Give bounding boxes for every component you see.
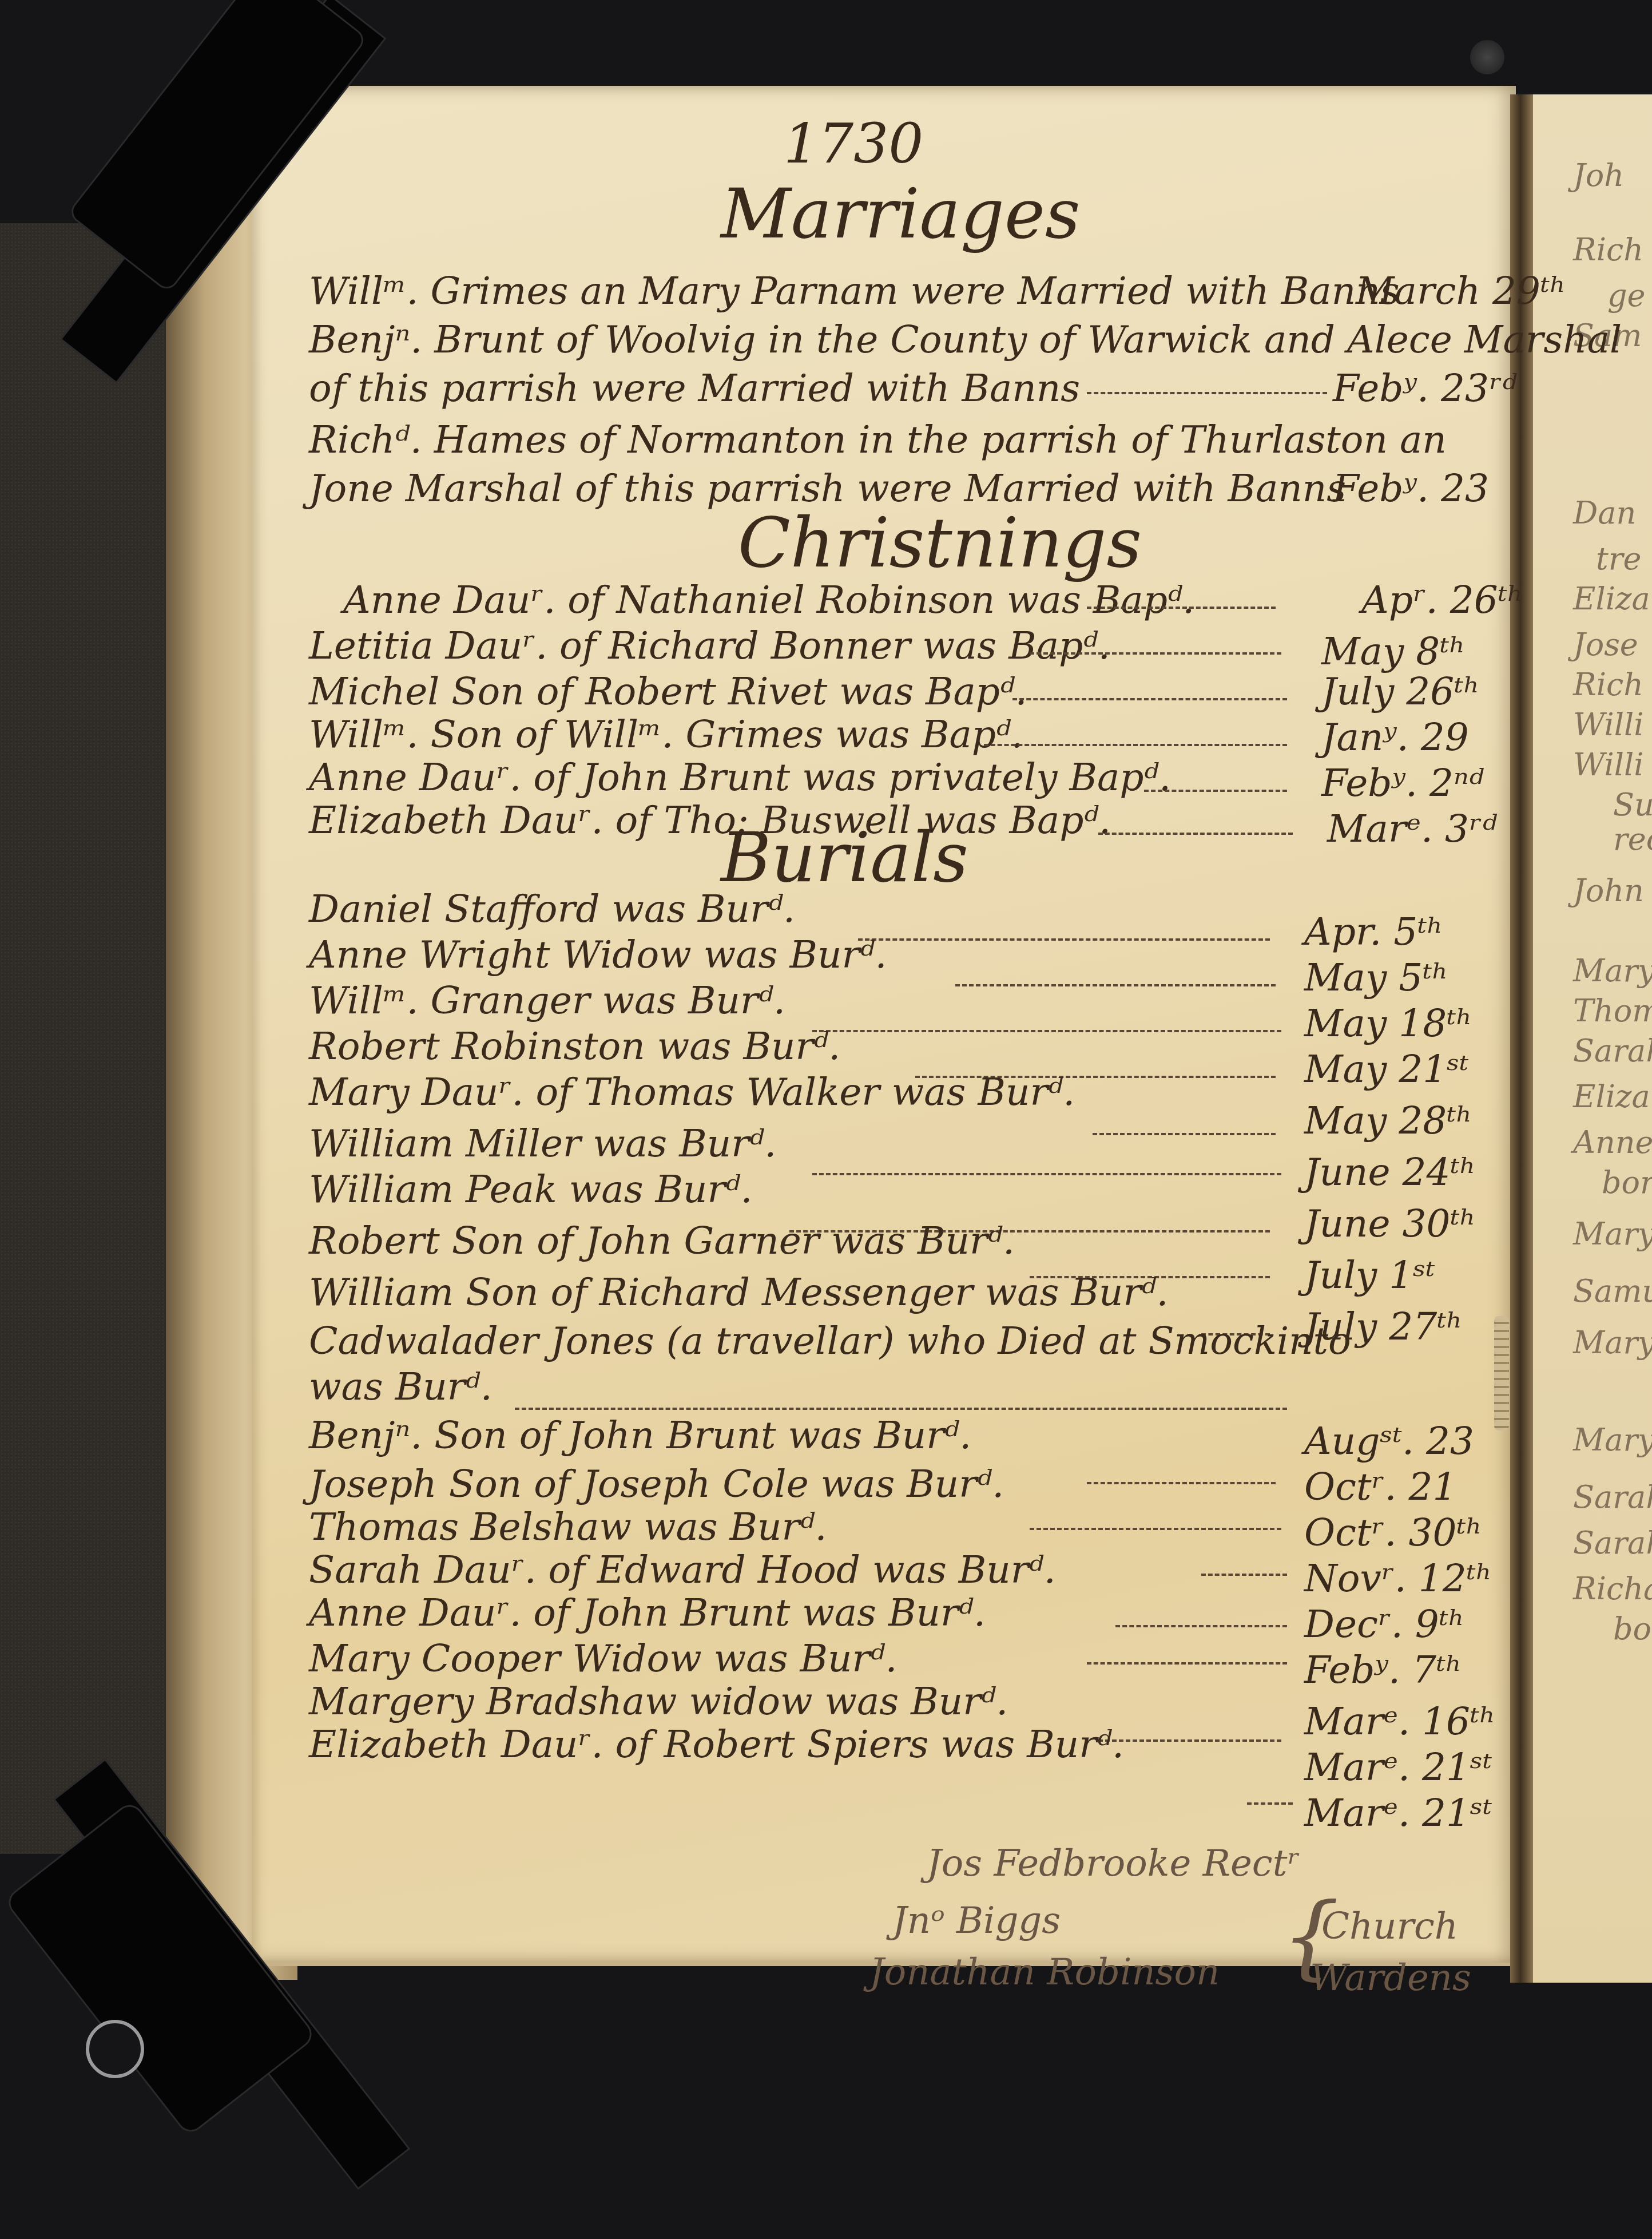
burial-entry: was Burᵈ. bbox=[309, 1365, 493, 1409]
christening-entry: Elizabeth Dauʳ. of Tho: Buswell was Bapᵈ… bbox=[309, 798, 1111, 842]
burial-date: May 21ˢᵗ bbox=[1304, 1047, 1469, 1091]
burial-entry: Willᵐ. Granger was Burᵈ. bbox=[309, 978, 785, 1023]
facing-fragment: ge bbox=[1607, 278, 1646, 314]
dash-leader bbox=[1201, 1574, 1287, 1576]
burial-date: Febʸ. 7ᵗʰ bbox=[1304, 1648, 1462, 1692]
facing-fragment: Willi bbox=[1573, 707, 1644, 743]
dash-leader bbox=[955, 984, 1276, 986]
burial-entry: Benjⁿ. Son of John Brunt was Burᵈ. bbox=[309, 1413, 971, 1457]
marriage-date: Febʸ. 23 bbox=[1333, 466, 1489, 510]
marriage-entry: of this parrish were Married with Banns bbox=[309, 366, 1080, 410]
facing-fragment: John bbox=[1573, 873, 1644, 909]
burial-date: May 5ᵗʰ bbox=[1304, 956, 1448, 1000]
facing-fragment: Anne bbox=[1573, 1124, 1652, 1160]
dash-leader bbox=[812, 1173, 1281, 1175]
facing-fragment: born bbox=[1613, 1611, 1652, 1647]
burial-entry: Thomas Belshaw was Burᵈ. bbox=[309, 1505, 827, 1549]
warden-title-wardens: Wardens bbox=[1310, 1957, 1471, 1999]
christening-entry: Michel Son of Robert Rivet was Bapᵈ. bbox=[309, 669, 1027, 714]
christening-date: Marᵉ. 3ʳᵈ bbox=[1327, 807, 1497, 851]
dash-leader bbox=[984, 744, 1287, 746]
burial-entry: Daniel Stafford was Burᵈ. bbox=[309, 887, 795, 931]
facing-fragment: Mary bbox=[1573, 953, 1652, 989]
facing-fragment: Rich bbox=[1573, 232, 1643, 268]
burial-date: Decʳ. 9ᵗʰ bbox=[1304, 1602, 1465, 1646]
screw bbox=[1470, 40, 1504, 74]
facing-fragment: tre bbox=[1596, 541, 1641, 577]
register-year: 1730 bbox=[784, 112, 923, 176]
dash-leader bbox=[515, 1408, 1287, 1410]
facing-fragment: Mary bbox=[1573, 1216, 1652, 1252]
dash-leader bbox=[1030, 1528, 1281, 1530]
facing-fragment: Sarah bbox=[1573, 1525, 1652, 1561]
dash-leader bbox=[1115, 1625, 1287, 1627]
burial-date: Apr. 5ᵗʰ bbox=[1304, 910, 1443, 954]
christening-entry: Anne Dauʳ. of John Brunt was privately B… bbox=[309, 755, 1171, 799]
facing-fragment: Sarah bbox=[1573, 1479, 1652, 1515]
facing-fragment: born bbox=[1602, 1164, 1652, 1200]
burial-date: June 24ᵗʰ bbox=[1304, 1150, 1476, 1194]
burial-date: May 28ᵗʰ bbox=[1304, 1099, 1472, 1143]
dash-leader bbox=[1087, 392, 1327, 394]
facing-fragment: Su bbox=[1613, 787, 1652, 823]
christening-entry: Letitia Dauʳ. of Richard Bonner was Bapᵈ… bbox=[309, 624, 1110, 668]
burial-entry: Sarah Dauʳ. of Edward Hood was Burᵈ. bbox=[309, 1548, 1056, 1592]
burial-date: Augˢᵗ. 23 bbox=[1304, 1419, 1474, 1463]
marriage-entry: Richᵈ. Hames of Normanton in the parrish… bbox=[309, 418, 1447, 462]
facing-fragment: Eliza bbox=[1573, 581, 1650, 617]
facing-fragment: Rich bbox=[1573, 667, 1643, 703]
burial-entry: Robert Son of John Garner was Burᵈ. bbox=[309, 1219, 1015, 1263]
burial-entry: William Peak was Burᵈ. bbox=[309, 1167, 752, 1211]
burial-entry: Joseph Son of Joseph Cole was Burᵈ. bbox=[309, 1462, 1004, 1506]
burial-date: Marᵉ. 16ᵗʰ bbox=[1304, 1699, 1496, 1743]
facing-fragment: Joh bbox=[1573, 157, 1624, 193]
facing-fragment: Eliza bbox=[1573, 1079, 1650, 1115]
christening-date: Janʸ. 29 bbox=[1321, 715, 1469, 759]
heading-burials: Burials bbox=[721, 818, 968, 898]
facing-fragment: Dan bbox=[1573, 495, 1636, 531]
burial-entry: William Miller was Burᵈ. bbox=[309, 1122, 776, 1166]
facing-fragment: rec bbox=[1613, 821, 1652, 857]
burial-date: May 18ᵗʰ bbox=[1304, 1001, 1472, 1045]
facing-fragment: Mary bbox=[1573, 1325, 1652, 1361]
burial-entry: Mary Cooper Widow was Burᵈ. bbox=[309, 1636, 897, 1681]
marriage-date: March 29ᵗʰ bbox=[1356, 269, 1566, 313]
facing-fragment: Thomas bbox=[1573, 993, 1652, 1029]
facing-fragment: Mary bbox=[1573, 1422, 1652, 1458]
burial-date: Marᵉ. 21ˢᵗ bbox=[1304, 1791, 1492, 1835]
dash-leader bbox=[1012, 698, 1287, 700]
christening-entry: Anne Dauʳ. of Nathaniel Robinson was Bap… bbox=[343, 578, 1194, 622]
facing-fragment: Samu bbox=[1573, 1273, 1652, 1309]
signature-warden-2: Jonathan Robinson bbox=[869, 1951, 1220, 1994]
burial-date: Octʳ. 21 bbox=[1304, 1465, 1456, 1509]
burial-entry: Robert Robinston was Burᵈ. bbox=[309, 1024, 840, 1068]
right-page-fragment: Joh Rich ge Sam Dan tre Eliza Jose Rich … bbox=[1533, 94, 1652, 1983]
facing-fragment: Jose bbox=[1573, 627, 1638, 663]
facing-fragment: Richa bbox=[1573, 1571, 1652, 1607]
christening-date: Apʳ. 26ᵗʰ bbox=[1361, 578, 1524, 622]
signature-rector: Jos Fedbrooke Rectʳ bbox=[927, 1842, 1300, 1885]
dash-leader bbox=[1030, 652, 1281, 655]
warden-title-church: Church bbox=[1321, 1905, 1458, 1948]
binding-thread bbox=[1494, 1316, 1509, 1430]
signature-warden-1: Jnᵒ Biggs bbox=[892, 1900, 1061, 1942]
burial-entry: William Son of Richard Messenger was Bur… bbox=[309, 1270, 1168, 1314]
clip-hole-icon bbox=[86, 2020, 144, 2078]
burial-entry: Margery Bradshaw widow was Burᵈ. bbox=[309, 1679, 1008, 1723]
marriage-entry: Benjⁿ. Brunt of Woolvig in the County of… bbox=[309, 318, 1622, 362]
heading-christenings: Christnings bbox=[738, 504, 1142, 583]
dash-leader bbox=[858, 938, 1270, 941]
dash-leader bbox=[1087, 1662, 1287, 1665]
facing-fragment: Sarah bbox=[1573, 1033, 1652, 1069]
burial-entry: Anne Wright Widow was Burᵈ. bbox=[309, 933, 887, 977]
dash-leader bbox=[1247, 1802, 1293, 1805]
dash-leader bbox=[1144, 790, 1287, 792]
burial-date: July 1ˢᵗ bbox=[1304, 1253, 1435, 1297]
marriage-date: Febʸ. 23ʳᵈ bbox=[1333, 366, 1517, 410]
dash-leader bbox=[1087, 607, 1276, 609]
christening-date: July 26ᵗʰ bbox=[1321, 669, 1480, 714]
christening-entry: Willᵐ. Son of Willᵐ. Grimes was Bapᵈ. bbox=[309, 712, 1023, 756]
facing-fragment: Willi bbox=[1573, 747, 1644, 783]
christening-date: Febʸ. 2ⁿᵈ bbox=[1321, 761, 1484, 805]
dash-leader bbox=[1087, 1482, 1276, 1484]
dash-leader bbox=[812, 1030, 1281, 1032]
marriage-entry: Willᵐ. Grimes an Mary Parnam were Marrie… bbox=[309, 269, 1400, 313]
dash-leader bbox=[1098, 1739, 1281, 1742]
burial-entry: Anne Dauʳ. of John Brunt was Burᵈ. bbox=[309, 1591, 986, 1635]
heading-marriages: Marriages bbox=[721, 175, 1080, 254]
burial-date: Novʳ. 12ᵗʰ bbox=[1304, 1556, 1492, 1600]
burial-entry: Elizabeth Dauʳ. of Robert Spiers was Bur… bbox=[309, 1722, 1124, 1766]
dash-leader bbox=[1093, 1133, 1276, 1135]
burial-entry: Mary Dauʳ. of Thomas Walker was Burᵈ. bbox=[309, 1070, 1075, 1114]
burial-entry: Cadwalader Jones (a travellar) who Died … bbox=[309, 1319, 1351, 1363]
christening-date: May 8ᵗʰ bbox=[1321, 629, 1466, 673]
burial-date: Octʳ. 30ᵗʰ bbox=[1304, 1511, 1482, 1555]
burial-date: June 30ᵗʰ bbox=[1304, 1202, 1476, 1246]
burial-date: Marᵉ. 21ˢᵗ bbox=[1304, 1745, 1492, 1789]
dash-leader bbox=[1098, 833, 1293, 835]
